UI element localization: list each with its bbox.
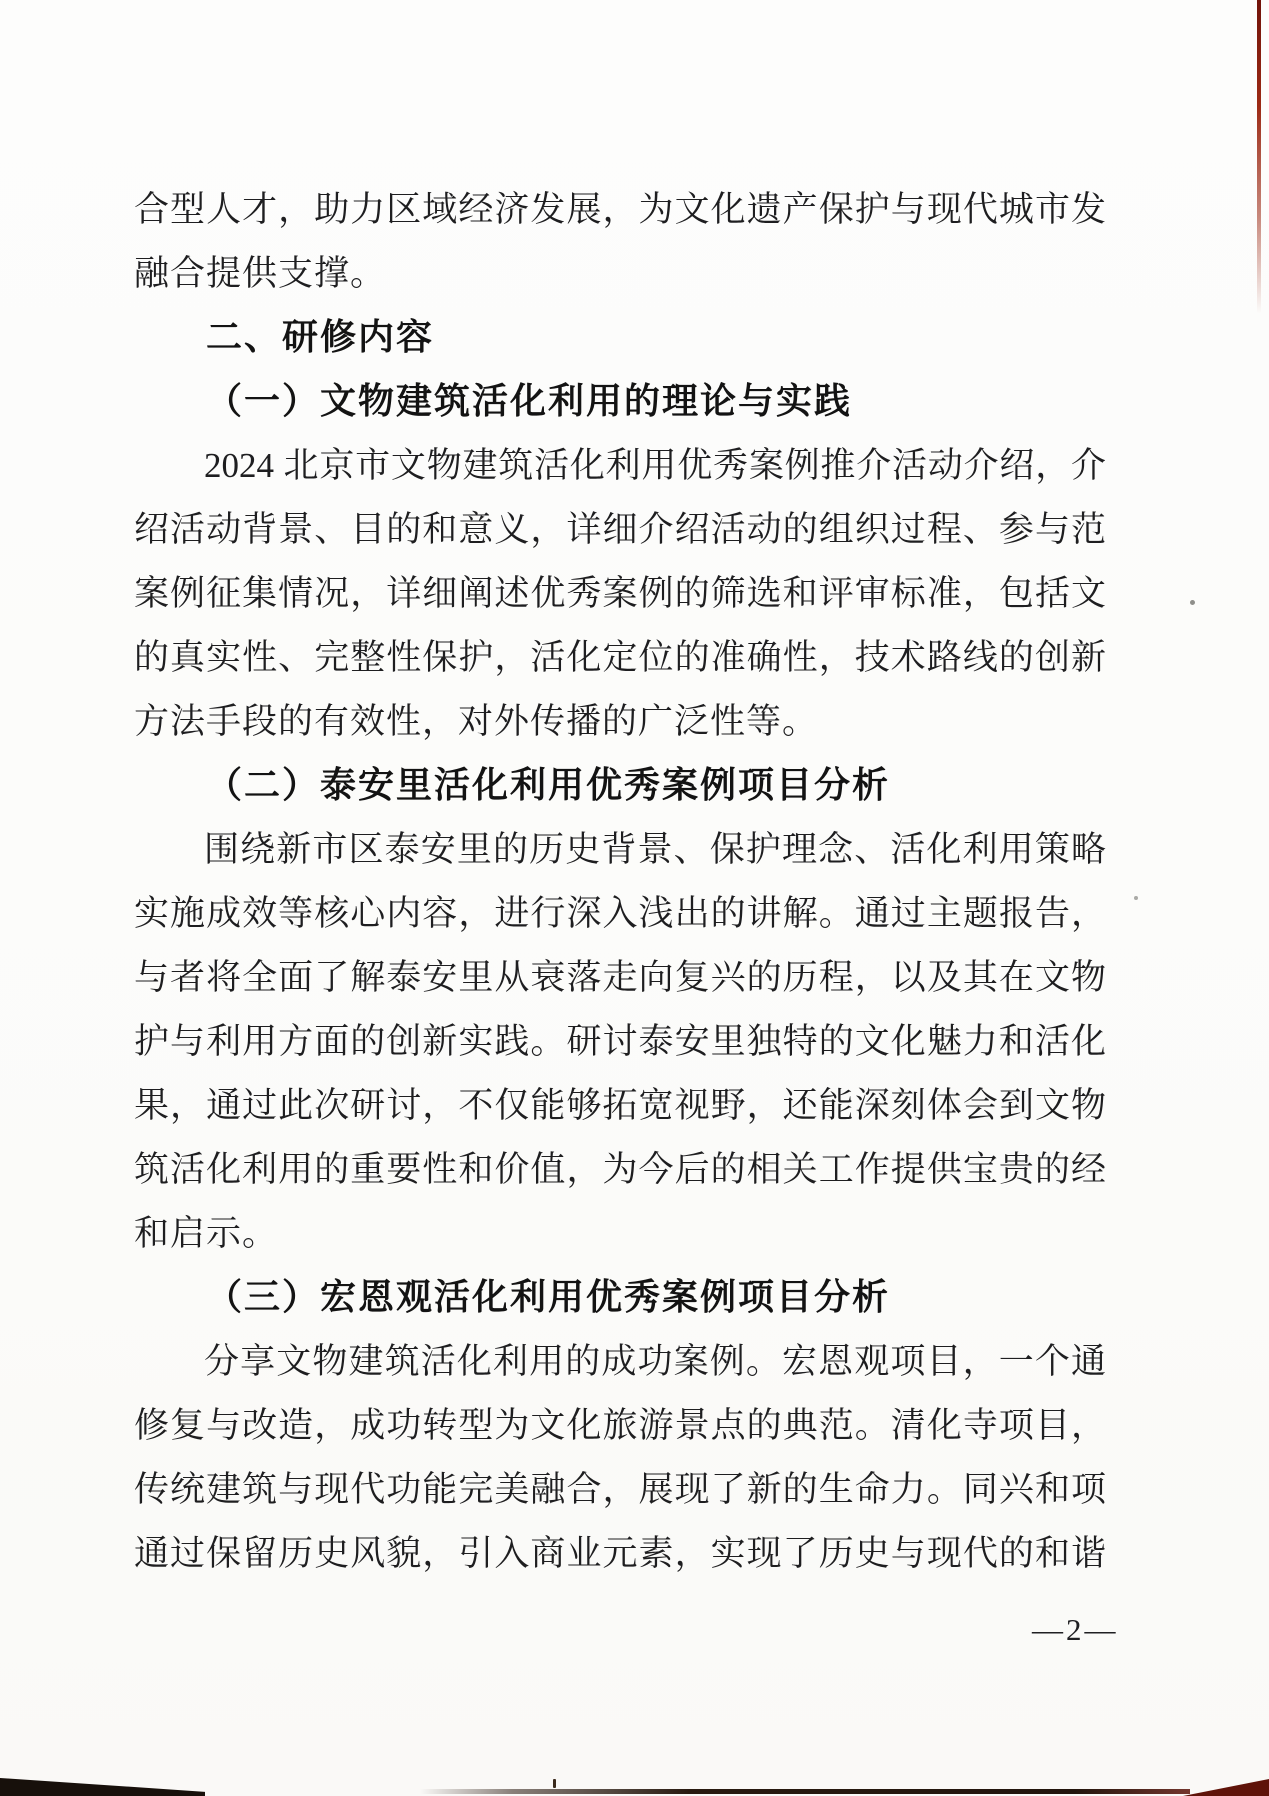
heading-line: 二、研修内容 (134, 306, 1106, 370)
text-line: 实施成效等核心内容，进行深入浅出的讲解。通过主题报告，参 (134, 882, 1106, 946)
heading-line: （一）文物建筑活化利用的理论与实践 (134, 370, 1106, 434)
scan-bottom-right-shadow (1183, 1779, 1269, 1796)
scan-bottom-edge-line (420, 1789, 1190, 1794)
para-sub-3: 分享文物建筑活化利用的成功案例。宏恩观项目，一个通过修复与改造，成功转型为文化旅… (134, 1330, 1106, 1586)
text-line: 的真实性、完整性保护，活化定位的准确性，技术路线的创新性， (134, 626, 1106, 690)
text-line: 绍活动背景、目的和意义，详细介绍活动的组织过程、参与范围、 (134, 498, 1106, 562)
text-line: 筑活化利用的重要性和价值，为今后的相关工作提供宝贵的经验 (134, 1138, 1106, 1202)
scan-bottom-left-shadow (0, 1777, 205, 1796)
document-body: 合型人才，助力区域经济发展，为文化遗产保护与现代城市发展融合提供支撑。二、研修内… (134, 178, 1106, 1586)
text-line: 通过保留历史风貌，引入商业元素，实现了历史与现代的和谐共 (134, 1522, 1106, 1586)
scanned-document-page: 合型人才，助力区域经济发展，为文化遗产保护与现代城市发展融合提供支撑。二、研修内… (0, 0, 1269, 1796)
text-line: 分享文物建筑活化利用的成功案例。宏恩观项目，一个通过 (134, 1330, 1106, 1394)
heading-sub-2-taianli: （二）泰安里活化利用优秀案例项目分析 (134, 754, 1106, 818)
heading-line: （二）泰安里活化利用优秀案例项目分析 (134, 754, 1106, 818)
text-line: 合型人才，助力区域经济发展，为文化遗产保护与现代城市发展 (134, 178, 1106, 242)
para-sub-1: 2024 北京市文物建筑活化利用优秀案例推介活动介绍，介绍活动背景、目的和意义，… (134, 434, 1106, 754)
text-line: 传统建筑与现代功能完美融合，展现了新的生命力。同兴和项目， (134, 1458, 1106, 1522)
para-intro-continuation: 合型人才，助力区域经济发展，为文化遗产保护与现代城市发展融合提供支撑。 (134, 178, 1106, 306)
scan-speck (553, 1779, 556, 1788)
text-line: 2024 北京市文物建筑活化利用优秀案例推介活动介绍，介 (134, 434, 1106, 498)
text-line: 与者将全面了解泰安里从衰落走向复兴的历程，以及其在文物保 (134, 946, 1106, 1010)
text-line: 围绕新市区泰安里的历史背景、保护理念、活化利用策略及 (134, 818, 1106, 882)
text-line: 方法手段的有效性，对外传播的广泛性等。 (134, 690, 1106, 754)
text-line: 融合提供支撑。 (134, 242, 1106, 306)
heading-section-2-yanxiu-neirong: 二、研修内容 (134, 306, 1106, 370)
text-line: 案例征集情况，详细阐述优秀案例的筛选和评审标准，包括文物 (134, 562, 1106, 626)
text-line: 修复与改造，成功转型为文化旅游景点的典范。清化寺项目，将 (134, 1394, 1106, 1458)
scan-speck (1134, 896, 1138, 900)
heading-sub-1-lilun-yu-shijian: （一）文物建筑活化利用的理论与实践 (134, 370, 1106, 434)
heading-line: （三）宏恩观活化利用优秀案例项目分析 (134, 1266, 1106, 1330)
page-number: —2— (1032, 1612, 1119, 1648)
scan-red-edge-artifact (1257, 0, 1261, 314)
text-line: 果，通过此次研讨，不仅能够拓宽视野，还能深刻体会到文物建 (134, 1074, 1106, 1138)
heading-sub-3-hongenguan: （三）宏恩观活化利用优秀案例项目分析 (134, 1266, 1106, 1330)
text-line: 护与利用方面的创新实践。研讨泰安里独特的文化魅力和活化成 (134, 1010, 1106, 1074)
text-line: 和启示。 (134, 1202, 1106, 1266)
scan-speck (1190, 600, 1195, 605)
para-sub-2: 围绕新市区泰安里的历史背景、保护理念、活化利用策略及实施成效等核心内容，进行深入… (134, 818, 1106, 1266)
